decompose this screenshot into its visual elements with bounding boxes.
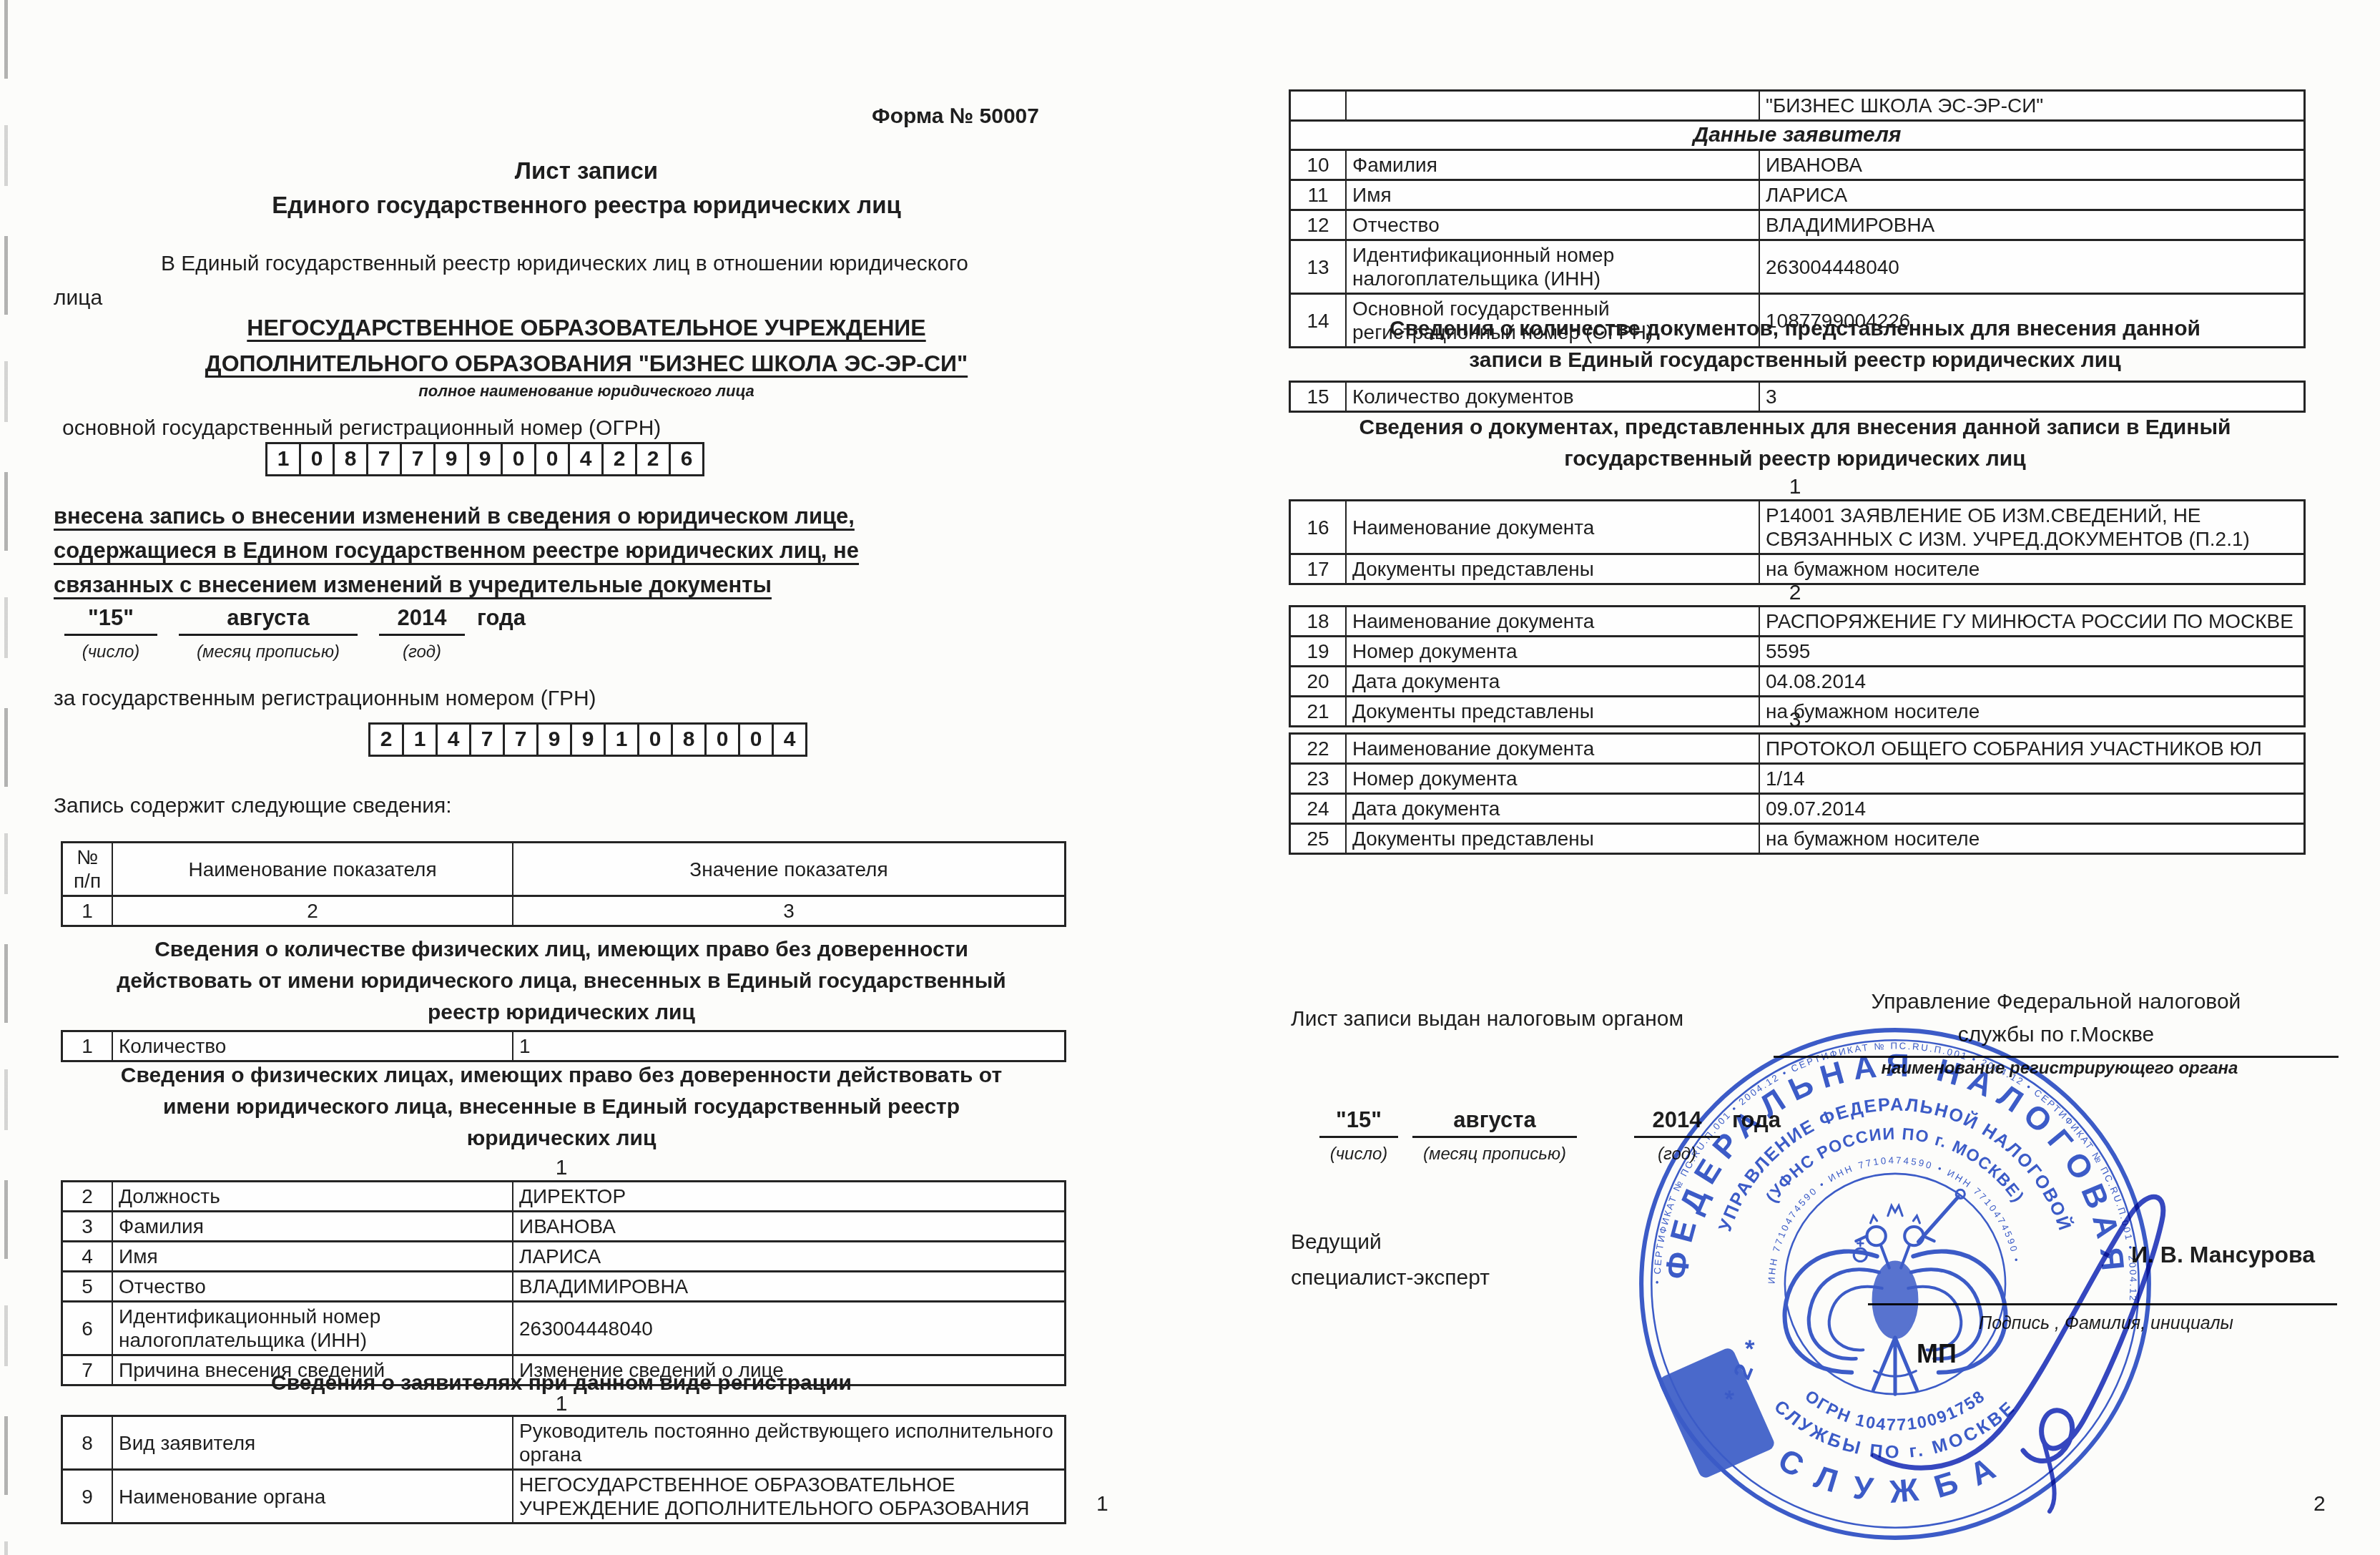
row-name: Идентификационный номер налогоплательщик…: [1347, 241, 1760, 293]
date-day-label: (число): [64, 642, 157, 662]
issue-date-day: "15": [1319, 1107, 1398, 1138]
grn-digit: 7: [503, 722, 539, 757]
row-value: 263004448040: [1760, 253, 2303, 281]
row-value: на бумажном носителе: [1760, 555, 2303, 583]
date-day: "15": [64, 605, 157, 636]
col-num-2: 2: [113, 897, 513, 925]
group-label: 2: [1289, 581, 2301, 605]
row-name: Фамилия: [1347, 151, 1760, 179]
row-name: Документы представлены: [1347, 555, 1760, 583]
row-num: 8: [63, 1417, 113, 1468]
grn-label: за государственным регистрационным номер…: [54, 687, 596, 711]
ogrn-digit: 0: [534, 442, 570, 476]
row-value: 3: [1760, 383, 2303, 411]
ogrn-digit: 6: [669, 442, 704, 476]
row-name: Наименование документа: [1347, 735, 1760, 762]
grn-digit: 0: [637, 722, 673, 757]
page-2: "БИЗНЕС ШКОЛА ЭС-ЭР-СИ" Данные заявителя…: [1216, 0, 2380, 1555]
date-year: 2014: [379, 605, 465, 636]
table-row: 17 Документы представлены на бумажном но…: [1291, 553, 2303, 583]
table-row: 11 Имя ЛАРИСА: [1291, 179, 2303, 209]
row-num: 15: [1291, 383, 1347, 411]
table-row: 13 Идентификационный номер налогоплатель…: [1291, 239, 2303, 293]
table-row: 24 Дата документа 09.07.2014: [1291, 793, 2303, 823]
grn-digit: 9: [536, 722, 572, 757]
ogrn-digit: 9: [467, 442, 503, 476]
date-year-label: (год): [379, 642, 465, 662]
header-name: Наименование показателя: [113, 843, 513, 895]
page-1: Форма № 50007 Лист записи Единого госуда…: [54, 0, 1119, 1555]
row-name: Номер документа: [1347, 765, 1760, 793]
row-value: 04.08.2014: [1760, 667, 2303, 695]
statement-line1: внесена запись о внесении изменений в св…: [54, 499, 859, 534]
grn-digit: 1: [604, 722, 639, 757]
row-name: Идентификационный номер налогоплательщик…: [113, 1303, 513, 1354]
record-statement: внесена запись о внесении изменений в св…: [54, 499, 859, 602]
ogrn-digit: 4: [568, 442, 604, 476]
table-header-row: № п/п Наименование показателя Значение п…: [63, 843, 1064, 895]
scanned-document: { "doc": { "form_number": "Форма № 50007…: [0, 0, 2380, 1555]
grn-digit-boxes: 2 1 4 7 7 9 9 1 0 8 0 0 4: [368, 722, 807, 757]
row-name: Должность: [113, 1182, 513, 1210]
date-year-suffix: года: [477, 605, 526, 631]
scan-edge-artifact: [4, 0, 8, 1555]
page-number-2: 2: [2313, 1492, 2326, 1516]
statement-line3: связанных с внесением изменений в учреди…: [54, 568, 859, 602]
grn-digit: 9: [570, 722, 606, 757]
count-table: 1 Количество 1: [61, 1030, 1066, 1062]
table-row: 9 Наименование органа НЕГОСУДАРСТВЕННОЕ …: [63, 1468, 1064, 1522]
grn-digit: 1: [402, 722, 438, 757]
section2-heading: Сведения о физических лицах, имеющих пра…: [54, 1060, 1069, 1154]
row-num: 3: [63, 1212, 113, 1240]
indicators-header-table: № п/п Наименование показателя Значение п…: [61, 841, 1066, 927]
group-label: 1: [54, 1156, 1069, 1180]
company-name-line1: НЕГОСУДАРСТВЕННОЕ ОБРАЗОВАТЕЛЬНОЕ УЧРЕЖД…: [54, 315, 1119, 341]
row-name-empty: [1347, 92, 1760, 119]
ogrn-digit: 0: [501, 442, 536, 476]
table-row: 16 Наименование документа Р14001 ЗАЯВЛЕН…: [1291, 501, 2303, 553]
ogrn-digit: 9: [433, 442, 469, 476]
table-row: 5 Отчество ВЛАДИМИРОВНА: [63, 1270, 1064, 1300]
row-num: 4: [63, 1242, 113, 1270]
document3-table: 22 Наименование документа ПРОТОКОЛ ОБЩЕГ…: [1289, 732, 2306, 855]
continuation-row: "БИЗНЕС ШКОЛА ЭС-ЭР-СИ": [1291, 92, 2303, 119]
table-row: 23 Номер документа 1/14: [1291, 762, 2303, 793]
group-label: 1: [1289, 475, 2301, 499]
row-name: Номер документа: [1347, 637, 1760, 665]
row-num: 11: [1291, 181, 1347, 209]
table-row: 4 Имя ЛАРИСА: [63, 1240, 1064, 1270]
row-num: 23: [1291, 765, 1347, 793]
page-number-1: 1: [1096, 1492, 1108, 1516]
header-value: Значение показателя: [513, 855, 1064, 883]
row-num: 2: [63, 1182, 113, 1210]
ogrn-digit: 2: [601, 442, 637, 476]
col-num-3: 3: [513, 897, 1064, 925]
table-row: 19 Номер документа 5595: [1291, 635, 2303, 665]
record-note: Запись содержит следующие сведения:: [54, 794, 452, 818]
row-num-empty: [1291, 92, 1347, 119]
row-name: Имя: [1347, 181, 1760, 209]
row-num: 5: [63, 1272, 113, 1300]
intro-line1: В Единый государственный реестр юридичес…: [161, 252, 968, 276]
table-row: 3 Фамилия ИВАНОВА: [63, 1210, 1064, 1240]
row-value: Руководитель постоянно действующего испо…: [513, 1417, 1064, 1468]
row-name: Количество: [113, 1032, 513, 1060]
row-name: Количество документов: [1347, 383, 1760, 411]
issue-date-month-label: (месяц прописью): [1412, 1144, 1577, 1164]
row-value: ПРОТОКОЛ ОБЩЕГО СОБРАНИЯ УЧАСТНИКОВ ЮЛ: [1760, 735, 2303, 762]
row-num: 16: [1291, 501, 1347, 553]
ogrn-digit: 1: [265, 442, 301, 476]
ogrn-digit: 7: [400, 442, 436, 476]
row-num: 19: [1291, 637, 1347, 665]
col-num-1: 1: [63, 897, 113, 925]
applicant-data-table: "БИЗНЕС ШКОЛА ЭС-ЭР-СИ" Данные заявителя…: [1289, 89, 2306, 348]
row-name: Фамилия: [113, 1212, 513, 1240]
group-label: 1: [54, 1392, 1069, 1416]
row-num: 6: [63, 1303, 113, 1354]
section4-heading: Сведения о количестве документов, предст…: [1289, 313, 2301, 376]
table-row: 15 Количество документов 3: [1291, 383, 2303, 411]
intro-line2: лица: [54, 286, 102, 310]
table-row: 1 Количество 1: [63, 1032, 1064, 1060]
row-name: Наименование органа: [113, 1471, 513, 1522]
row-num: 10: [1291, 151, 1347, 179]
company-caption: полное наименование юридического лица: [54, 382, 1119, 401]
row-name: Вид заявителя: [113, 1417, 513, 1468]
issued-by-text: Лист записи выдан налоговым органом: [1291, 1007, 1683, 1031]
row-value: ЛАРИСА: [513, 1242, 1064, 1270]
row-num: 13: [1291, 241, 1347, 293]
grn-digit: 7: [469, 722, 505, 757]
table-row: 10 Фамилия ИВАНОВА: [1291, 149, 2303, 179]
row-value: ВЛАДИМИРОВНА: [1760, 211, 2303, 239]
row-name: Отчество: [113, 1272, 513, 1300]
row-num: 12: [1291, 211, 1347, 239]
row-name: Дата документа: [1347, 667, 1760, 695]
row-value: Р14001 ЗАЯВЛЕНИЕ ОБ ИЗМ.СВЕДЕНИЙ, НЕ СВЯ…: [1760, 501, 2303, 553]
ogrn-digit: 0: [299, 442, 335, 476]
table-row: 2 Должность ДИРЕКТОР: [63, 1182, 1064, 1210]
form-number: Форма № 50007: [872, 104, 1039, 129]
signature-ink: [1831, 1169, 2217, 1520]
header-num: № п/п: [63, 843, 113, 895]
applicants-table: 8 Вид заявителя Руководитель постоянно д…: [61, 1415, 1066, 1524]
grn-digit: 2: [368, 722, 404, 757]
row-value: ИВАНОВА: [1760, 151, 2303, 179]
row-num: 24: [1291, 795, 1347, 823]
row-num: 9: [63, 1471, 113, 1522]
row-value: 09.07.2014: [1760, 795, 2303, 823]
grn-digit: 0: [704, 722, 740, 757]
row-value: РАСПОРЯЖЕНИЕ ГУ МИНЮСТА РОССИИ ПО МОСКВЕ: [1760, 607, 2303, 635]
table-row: 8 Вид заявителя Руководитель постоянно д…: [63, 1417, 1064, 1468]
row-value: 1: [513, 1032, 1064, 1060]
issue-date-month: августа: [1412, 1107, 1577, 1138]
grn-digit: 8: [671, 722, 707, 757]
row-num: 17: [1291, 555, 1347, 583]
table-row: 12 Отчество ВЛАДИМИРОВНА: [1291, 209, 2303, 239]
row-name: Документы представлены: [1347, 825, 1760, 853]
document-title-line2: Единого государственного реестра юридиче…: [54, 192, 1119, 219]
row-value: ИВАНОВА: [513, 1212, 1064, 1240]
table-row: 25 Документы представлены на бумажном но…: [1291, 823, 2303, 853]
date-month-label: (месяц прописью): [179, 642, 358, 662]
row-value: ЛАРИСА: [1760, 181, 2303, 209]
row-name: Отчество: [1347, 211, 1760, 239]
row-name: Имя: [113, 1242, 513, 1270]
document-title-line1: Лист записи: [54, 157, 1119, 185]
row-num: 22: [1291, 735, 1347, 762]
statement-line2: содержащиеся в Едином государственном ре…: [54, 534, 859, 568]
company-name-line2: ДОПОЛНИТЕЛЬНОГО ОБРАЗОВАНИЯ "БИЗНЕС ШКОЛ…: [54, 350, 1119, 377]
persons-table: 2 Должность ДИРЕКТОР 3 Фамилия ИВАНОВА 4…: [61, 1180, 1066, 1386]
row-value: 263004448040: [513, 1315, 1064, 1343]
doc-count-table: 15 Количество документов 3: [1289, 381, 2306, 413]
table-row: 22 Наименование документа ПРОТОКОЛ ОБЩЕГ…: [1291, 735, 2303, 762]
issue-date-day-label: (число): [1319, 1144, 1398, 1164]
grn-digit: 4: [772, 722, 807, 757]
table-row: 20 Дата документа 04.08.2014: [1291, 665, 2303, 695]
ogrn-digit: 2: [635, 442, 671, 476]
section1-heading: Сведения о количестве физических лиц, им…: [54, 934, 1069, 1029]
row-num: 1: [63, 1032, 113, 1060]
date-month: августа: [179, 605, 358, 636]
row-num: 25: [1291, 825, 1347, 853]
ogrn-label: основной государственный регистрационный…: [62, 416, 661, 441]
row-value: ВЛАДИМИРОВНА: [513, 1272, 1064, 1300]
document1-table: 16 Наименование документа Р14001 ЗАЯВЛЕН…: [1289, 499, 2306, 585]
row-num: 20: [1291, 667, 1347, 695]
row-name: Наименование документа: [1347, 607, 1760, 635]
applicant-data-header: Данные заявителя: [1291, 119, 2303, 149]
table-row: 6 Идентификационный номер налогоплательщ…: [63, 1300, 1064, 1354]
table-row: 18 Наименование документа РАСПОРЯЖЕНИЕ Г…: [1291, 607, 2303, 635]
mp-stamp-place-mark: МП: [1917, 1339, 1957, 1369]
row-name: Наименование документа: [1347, 501, 1760, 553]
row-value: ДИРЕКТОР: [513, 1182, 1064, 1210]
row-value: НЕГОСУДАРСТВЕННОЕ ОБРАЗОВАТЕЛЬНОЕ УЧРЕЖД…: [513, 1471, 1064, 1522]
row-value: 1/14: [1760, 765, 2303, 793]
row-value: на бумажном носителе: [1760, 825, 2303, 853]
row-value: "БИЗНЕС ШКОЛА ЭС-ЭР-СИ": [1760, 92, 2303, 119]
section5-heading: Сведения о документах, представленных дл…: [1289, 412, 2301, 475]
official-title: Ведущий специалист-эксперт: [1291, 1225, 1490, 1296]
grn-digit: 4: [436, 722, 471, 757]
ogrn-digit-boxes: 1 0 8 7 7 9 9 0 0 4 2 2 6: [265, 442, 704, 476]
ogrn-digit: 8: [333, 442, 368, 476]
ogrn-digit: 7: [366, 442, 402, 476]
group-label: 3: [1289, 708, 2301, 732]
column-number-row: 1 2 3: [63, 895, 1064, 925]
row-value: 5595: [1760, 637, 2303, 665]
row-num: 18: [1291, 607, 1347, 635]
row-name: Дата документа: [1347, 795, 1760, 823]
grn-digit: 0: [738, 722, 774, 757]
